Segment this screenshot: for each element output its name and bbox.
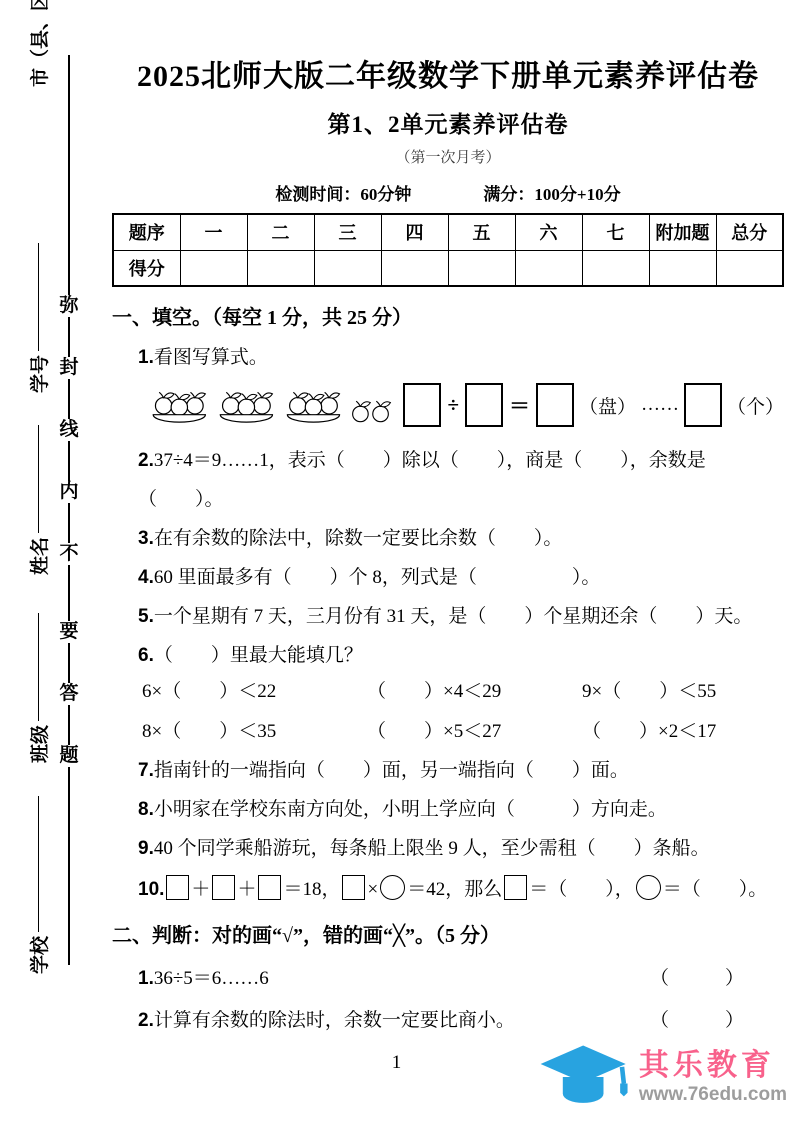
- inequality-expression: （ ）×5＜27: [367, 720, 582, 744]
- times-sign: ×: [367, 879, 378, 900]
- question-number: 4.: [138, 567, 154, 588]
- fill-in-line: [38, 796, 39, 932]
- score-cell: [247, 250, 314, 286]
- seal-line-segment: [68, 317, 69, 357]
- fill-question: 3.在有余数的除法中，除数一定要比余数（ ）。: [138, 527, 784, 551]
- student-info-fields: 学号 姓名 班级 学校 市（县、区）: [0, 0, 110, 1122]
- question-text: 计算有余数的除法时，余数一定要比商小。: [154, 1010, 515, 1031]
- graduation-cap-icon: [537, 1040, 633, 1114]
- answer-box: [536, 383, 574, 427]
- question-number: 5.: [138, 606, 154, 627]
- seal-char: 内: [59, 481, 78, 503]
- question-10: 10.＋＋＝18，×＝42，那么＝（ ），＝（ ）。: [138, 875, 784, 905]
- answer-box: [684, 383, 722, 427]
- question-number: 3.: [138, 528, 154, 549]
- sealed-margin: 学号 姓名 班级 学校 市（县、区） 弥 封 线 内 不 要: [0, 0, 110, 1122]
- judge-question: 1.36÷5＝6……6 （ ）: [138, 967, 784, 991]
- equation-text: ＝42，那么: [407, 879, 502, 900]
- judge-questions: 1.36÷5＝6……6 （ ） 2.计算有余数的除法时，余数一定要比商小。 （ …: [112, 967, 784, 1033]
- inequality-expression: 6×（ ）＜22: [142, 680, 367, 704]
- seal-char: 题: [59, 745, 78, 767]
- question-number: 1.: [138, 968, 154, 989]
- fill-question: 6.（ ）里最大能填几？: [138, 644, 784, 668]
- exam-full-score: 满分：100分+10分: [483, 180, 620, 205]
- fill-in-line: [38, 613, 39, 721]
- score-table: 题序一二三四五六七附加题总分 得分: [112, 213, 784, 287]
- score-cell: [582, 250, 649, 286]
- inequality-expression: 9×（ ）＜55: [582, 680, 782, 704]
- margin-field: 学校: [26, 796, 50, 974]
- questions-7-9: 7.指南针的一端指向（ ）面，另一端指向（ ）面。 8.小明家在学校东南方向处，…: [112, 759, 784, 861]
- question-6-expressions: 6×（ ）＜22（ ）×4＜299×（ ）＜558×（ ）＜35（ ）×5＜27…: [142, 680, 784, 744]
- seal-char: 弥: [59, 295, 78, 317]
- margin-field: 市（县、区）: [26, 0, 50, 87]
- remainder-dots: ……: [641, 394, 679, 416]
- question-number: 2.: [138, 450, 154, 471]
- brand-name: 其乐教育: [639, 1051, 775, 1081]
- question-text: （ ）里最大能填几？: [154, 645, 363, 666]
- equation-text: ＝（ ），: [529, 879, 634, 900]
- score-table-score-row: 得分: [113, 250, 783, 286]
- score-cell: [314, 250, 381, 286]
- section2-title: 二、判断：对的画“√”，错的画“╳”。（5 分）: [112, 923, 784, 949]
- circle-symbol: [636, 875, 661, 900]
- margin-field-label: 姓名: [25, 537, 52, 575]
- question-text: 在有余数的除法中，除数一定要比余数（ ）。: [154, 528, 563, 549]
- section1-title: 一、填空。（每空 1 分，共 25 分）: [112, 305, 784, 331]
- question-number: 6.: [138, 645, 154, 666]
- score-table-header-cell: 题序: [113, 214, 180, 250]
- exam-note: （第一次月考）: [112, 148, 784, 168]
- question-number: 10.: [138, 879, 164, 900]
- fill-in-line: [38, 243, 39, 351]
- seal-char: 线: [59, 419, 78, 441]
- answer-box: [465, 383, 503, 427]
- answer-parentheses: （ ）: [650, 967, 750, 991]
- equals-sign: ＝: [508, 390, 531, 420]
- page-title: 2025北师大版二年级数学下册单元素养评估卷: [112, 58, 784, 96]
- square-symbol: [166, 875, 189, 900]
- score-table-header-cell: 七: [582, 214, 649, 250]
- question-text: 40 个同学乘船游玩，每条船上限坐 9 人，至少需租（ ）条船。: [154, 838, 710, 859]
- margin-field: 班级: [26, 613, 50, 763]
- margin-field-label: 学校: [25, 936, 52, 974]
- seal-char: 要: [59, 621, 78, 643]
- seal-line-segment: [68, 379, 69, 419]
- score-cell: [716, 250, 783, 286]
- brand-url: www.76edu.com: [639, 1085, 787, 1104]
- question-text: （ ）。: [138, 489, 224, 510]
- margin-field: 学号: [26, 243, 50, 393]
- score-cell: [649, 250, 716, 286]
- question-number: 2.: [138, 1010, 154, 1031]
- apples-illustration: [148, 376, 398, 434]
- questions-2-6: 2.37÷4＝9……1，表示（ ）除以（ ），商是（ ），余数是 （ ）。 3.…: [112, 449, 784, 668]
- square-symbol: [212, 875, 235, 900]
- question-number: 7.: [138, 760, 154, 781]
- margin-field-label: 市（县、区）: [25, 0, 52, 87]
- score-table-header-cell: 附加题: [649, 214, 716, 250]
- question-text: 36÷5＝6……6: [154, 968, 269, 989]
- exam-info: 检测时间：60分钟 满分：100分+10分: [112, 180, 784, 205]
- square-symbol: [258, 875, 281, 900]
- fill-question: 4.60 里面最多有（ ）个 8，列式是（ ）。: [138, 566, 784, 590]
- seal-line-segment: [68, 55, 69, 295]
- page-subtitle: 第1、2单元素养评估卷: [112, 110, 784, 140]
- question-text: 37÷4＝9……1，表示（ ）除以（ ），商是（ ），余数是: [154, 450, 706, 471]
- unit-plates: （盘）: [579, 392, 636, 419]
- question-text: 指南针的一端指向（ ）面，另一端指向（ ）面。: [154, 760, 629, 781]
- seal-char: 不: [59, 543, 78, 565]
- fill-question: （ ）。: [138, 488, 784, 512]
- question-1-figure: ÷ ＝ （盘） …… （个）: [148, 376, 784, 434]
- score-table-header-cell: 四: [381, 214, 448, 250]
- square-symbol: [342, 875, 365, 900]
- question-number: 1.: [138, 347, 154, 368]
- answer-parentheses: （ ）: [650, 1009, 750, 1033]
- unit-pieces: （个）: [727, 392, 784, 419]
- seal-line-segment: [68, 565, 69, 621]
- margin-field-label: 学号: [25, 355, 52, 393]
- fill-question: 7.指南针的一端指向（ ）面，另一端指向（ ）面。: [138, 759, 784, 783]
- inequality-expression: 8×（ ）＜35: [142, 720, 367, 744]
- inequality-expression: （ ）×4＜29: [367, 680, 582, 704]
- score-row-label: 得分: [113, 250, 180, 286]
- question-text: 一个星期有 7 天，三月份有 31 天，是（ ）个星期还余（ ）天。: [154, 606, 753, 627]
- divide-sign: ÷: [446, 393, 460, 418]
- score-cell: [180, 250, 247, 286]
- question-number: 9.: [138, 838, 154, 859]
- judge-question: 2.计算有余数的除法时，余数一定要比商小。 （ ）: [138, 1009, 784, 1033]
- margin-field-label: 班级: [25, 725, 52, 763]
- seal-char: 答: [59, 683, 78, 705]
- exam-paper: 2025北师大版二年级数学下册单元素养评估卷 第1、2单元素养评估卷 （第一次月…: [112, 0, 784, 1033]
- score-cell: [515, 250, 582, 286]
- score-table-header-row: 题序一二三四五六七附加题总分: [113, 214, 783, 250]
- equation-text: ＝18，: [283, 879, 340, 900]
- seal-line-segment: [68, 767, 69, 965]
- seal-char: 封: [59, 357, 78, 379]
- fill-question: 9.40 个同学乘船游玩，每条船上限坐 9 人，至少需租（ ）条船。: [138, 837, 784, 861]
- circle-symbol: [380, 875, 405, 900]
- margin-field: 姓名: [26, 425, 50, 575]
- equation-text: ＝（ ）。: [663, 879, 768, 900]
- square-symbol: [504, 875, 527, 900]
- question-text: 看图写算式。: [154, 347, 268, 368]
- exam-time: 检测时间：60分钟: [275, 180, 411, 205]
- fill-question: 2.37÷4＝9……1，表示（ ）除以（ ），商是（ ），余数是: [138, 449, 784, 473]
- inequality-expression: （ ）×2＜17: [582, 720, 782, 744]
- score-table-header-cell: 六: [515, 214, 582, 250]
- answer-box: [403, 383, 441, 427]
- publisher-logo: 其乐教育 www.76edu.com: [537, 1040, 787, 1114]
- seal-line-segment: [68, 643, 69, 683]
- question-text: 小明家在学校东南方向处，小明上学应向（ ）方向走。: [154, 799, 667, 820]
- fill-question: 5.一个星期有 7 天，三月份有 31 天，是（ ）个星期还余（ ）天。: [138, 605, 784, 629]
- score-cell: [448, 250, 515, 286]
- seal-line-segment: [68, 441, 69, 481]
- seal-line: 弥 封 线 内 不 要 答 题: [58, 55, 80, 965]
- score-table-header-cell: 总分: [716, 214, 783, 250]
- plus-sign: ＋: [191, 879, 210, 900]
- seal-line-segment: [68, 503, 69, 543]
- score-table-header-cell: 二: [247, 214, 314, 250]
- score-cell: [381, 250, 448, 286]
- fill-in-line: [38, 425, 39, 533]
- score-table-header-cell: 一: [180, 214, 247, 250]
- seal-line-segment: [68, 705, 69, 745]
- question-1: 1.看图写算式。: [138, 346, 784, 370]
- score-table-header-cell: 五: [448, 214, 515, 250]
- question-number: 8.: [138, 799, 154, 820]
- question-text: 60 里面最多有（ ）个 8，列式是（ ）。: [154, 567, 601, 588]
- plus-sign: ＋: [237, 879, 256, 900]
- score-table-header-cell: 三: [314, 214, 381, 250]
- fill-question: 8.小明家在学校东南方向处，小明上学应向（ ）方向走。: [138, 798, 784, 822]
